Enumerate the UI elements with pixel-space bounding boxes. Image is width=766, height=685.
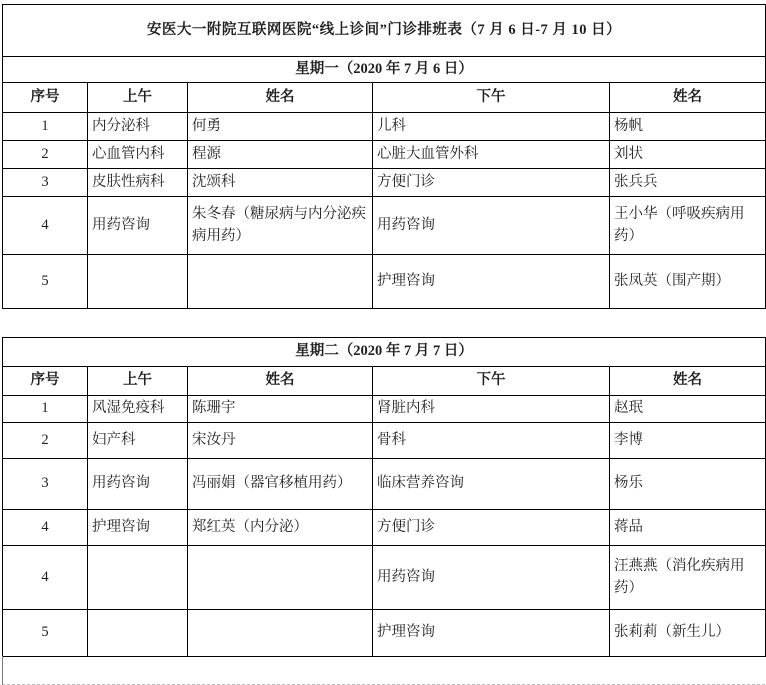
morning-name-cell: 沈颂科 (188, 169, 373, 197)
seq-cell: 2 (3, 141, 88, 169)
seq-cell: 3 (3, 169, 88, 197)
schedule-table-monday: 安医大一附院互联网医院“线上诊间”门诊排班表（7 月 6 日-7 月 10 日）… (2, 4, 766, 309)
seq-cell: 4 (3, 546, 88, 610)
morning-name-cell: 郑红英（内分泌） (188, 510, 373, 546)
afternoon-dept-cell: 护理咨询 (373, 255, 610, 309)
morning-dept-cell: 护理咨询 (88, 510, 188, 546)
morning-dept-cell: 用药咨询 (88, 459, 188, 510)
morning-dept-cell (88, 255, 188, 309)
seq-cell: 4 (3, 510, 88, 546)
table-spacer (2, 309, 765, 337)
table-row: 3 皮肤性病科 沈颂科 方便门诊 张兵兵 (3, 169, 766, 197)
afternoon-dept-cell: 用药咨询 (373, 197, 610, 255)
table-row: 5 护理咨询 张莉莉（新生儿） (3, 610, 766, 657)
afternoon-name-cell: 杨帆 (610, 113, 766, 141)
column-header-morning: 上午 (88, 367, 188, 396)
afternoon-dept-cell: 方便门诊 (373, 169, 610, 197)
morning-name-cell: 程源 (188, 141, 373, 169)
morning-name-cell: 陈珊宇 (188, 396, 373, 423)
column-header-afternoon: 下午 (373, 367, 610, 396)
column-header-name1: 姓名 (188, 367, 373, 396)
column-header-seq: 序号 (3, 367, 88, 396)
table-row: 5 护理咨询 张凤英（围产期） (3, 255, 766, 309)
afternoon-dept-cell: 用药咨询 (373, 546, 610, 610)
table-row: 3 用药咨询 冯丽娟（器官移植用药） 临床营养咨询 杨乐 (3, 459, 766, 510)
schedule-table-tuesday: 星期二（2020 年 7 月 7 日） 序号 上午 姓名 下午 姓名 1 风湿免… (2, 337, 766, 657)
column-header-name2: 姓名 (610, 367, 766, 396)
page-bottom-margin (2, 656, 765, 685)
morning-dept-cell: 内分泌科 (88, 113, 188, 141)
morning-name-cell: 冯丽娟（器官移植用药） (188, 459, 373, 510)
afternoon-dept-cell: 肾脏内科 (373, 396, 610, 423)
morning-dept-cell: 风湿免疫科 (88, 396, 188, 423)
afternoon-name-cell: 杨乐 (610, 459, 766, 510)
morning-name-cell: 宋汝丹 (188, 423, 373, 459)
afternoon-dept-cell: 方便门诊 (373, 510, 610, 546)
table-row: 2 心血管内科 程源 心脏大血管外科 刘状 (3, 141, 766, 169)
column-header-name1: 姓名 (188, 83, 373, 113)
table-row: 1 风湿免疫科 陈珊宇 肾脏内科 赵珉 (3, 396, 766, 423)
morning-dept-cell: 用药咨询 (88, 197, 188, 255)
seq-cell: 1 (3, 396, 88, 423)
afternoon-dept-cell: 心脏大血管外科 (373, 141, 610, 169)
afternoon-name-cell: 蒋品 (610, 510, 766, 546)
afternoon-dept-cell: 临床营养咨询 (373, 459, 610, 510)
afternoon-name-cell: 张莉莉（新生儿） (610, 610, 766, 657)
afternoon-name-cell: 汪燕燕（消化疾病用药） (610, 546, 766, 610)
document-title: 安医大一附院互联网医院“线上诊间”门诊排班表（7 月 6 日-7 月 10 日） (3, 5, 766, 57)
morning-name-cell (188, 610, 373, 657)
morning-dept-cell: 皮肤性病科 (88, 169, 188, 197)
schedule-document: 安医大一附院互联网医院“线上诊间”门诊排班表（7 月 6 日-7 月 10 日）… (0, 0, 766, 685)
afternoon-dept-cell: 护理咨询 (373, 610, 610, 657)
afternoon-name-cell: 王小华（呼吸疾病用药） (610, 197, 766, 255)
afternoon-name-cell: 张凤英（围产期） (610, 255, 766, 309)
column-header-name2: 姓名 (610, 83, 766, 113)
section-header-tuesday: 星期二（2020 年 7 月 7 日） (3, 338, 766, 367)
seq-cell: 5 (3, 255, 88, 309)
afternoon-name-cell: 赵珉 (610, 396, 766, 423)
morning-name-cell (188, 546, 373, 610)
morning-dept-cell: 妇产科 (88, 423, 188, 459)
seq-cell: 3 (3, 459, 88, 510)
table-row: 4 护理咨询 郑红英（内分泌） 方便门诊 蒋品 (3, 510, 766, 546)
seq-cell: 2 (3, 423, 88, 459)
afternoon-name-cell: 李博 (610, 423, 766, 459)
column-header-seq: 序号 (3, 83, 88, 113)
seq-cell: 4 (3, 197, 88, 255)
column-header-afternoon: 下午 (373, 83, 610, 113)
table-row: 1 内分泌科 何勇 儿科 杨帆 (3, 113, 766, 141)
morning-dept-cell (88, 610, 188, 657)
column-header-row: 序号 上午 姓名 下午 姓名 (3, 83, 766, 113)
table-row: 4 用药咨询 汪燕燕（消化疾病用药） (3, 546, 766, 610)
morning-name-cell: 朱冬春（糖尿病与内分泌疾病用药） (188, 197, 373, 255)
section-header-monday: 星期一（2020 年 7 月 6 日） (3, 57, 766, 83)
morning-name-cell (188, 255, 373, 309)
column-header-morning: 上午 (88, 83, 188, 113)
seq-cell: 1 (3, 113, 88, 141)
table-row: 4 用药咨询 朱冬春（糖尿病与内分泌疾病用药） 用药咨询 王小华（呼吸疾病用药） (3, 197, 766, 255)
afternoon-dept-cell: 骨科 (373, 423, 610, 459)
morning-dept-cell: 心血管内科 (88, 141, 188, 169)
morning-dept-cell (88, 546, 188, 610)
seq-cell: 5 (3, 610, 88, 657)
afternoon-dept-cell: 儿科 (373, 113, 610, 141)
morning-name-cell: 何勇 (188, 113, 373, 141)
table-row: 2 妇产科 宋汝丹 骨科 李博 (3, 423, 766, 459)
column-header-row: 序号 上午 姓名 下午 姓名 (3, 367, 766, 396)
afternoon-name-cell: 张兵兵 (610, 169, 766, 197)
afternoon-name-cell: 刘状 (610, 141, 766, 169)
